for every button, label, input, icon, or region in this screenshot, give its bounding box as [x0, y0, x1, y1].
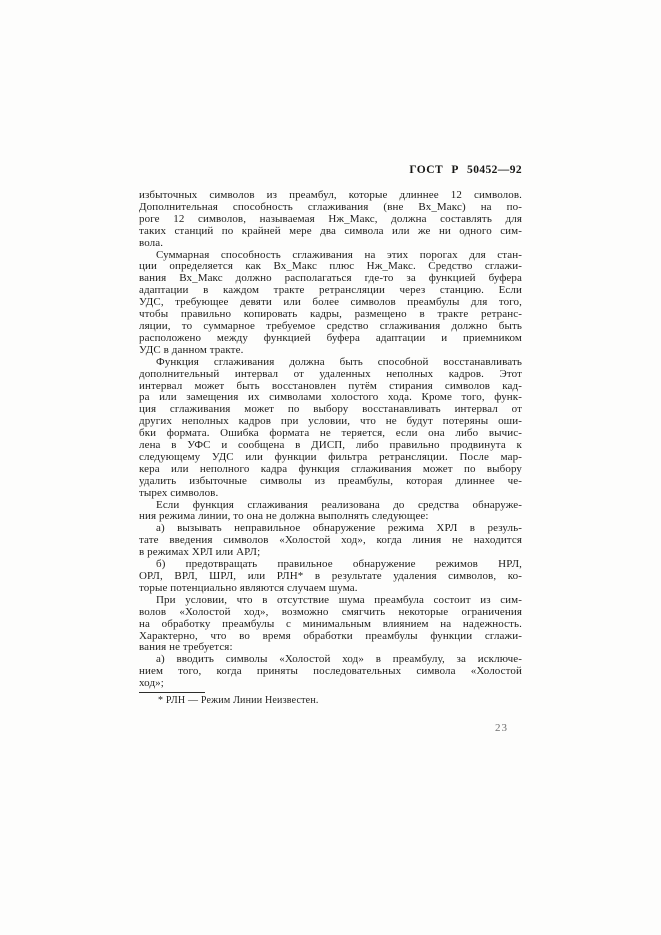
text-line: Функция сглаживания должна быть способно… [139, 357, 522, 369]
text-line: нием того, когда приняты последовательны… [139, 666, 522, 678]
text-line: расположено между функцией буфера адапта… [139, 333, 522, 345]
document-text: избыточных символов из преамбул, которые… [139, 190, 522, 690]
gost-header-code: ГОСТ Р 50452—92 [139, 164, 522, 176]
text-line: на обработку преамбулы с минимальным вли… [139, 619, 522, 631]
footnote-rule [139, 692, 205, 693]
text-line: ход»; [139, 678, 522, 690]
text-line: вола. [139, 238, 522, 250]
text-line: волов «Холостой ход», возможно смягчить … [139, 607, 522, 619]
text-line: УДС в данном тракте. [139, 345, 522, 357]
text-line: кера или неполного кадра функция сглажив… [139, 464, 522, 476]
text-line: таких станций по крайней мере два символ… [139, 226, 522, 238]
footnote-text: * РЛН — Режим Линии Неизвестен. [139, 695, 522, 706]
footnote: * РЛН — Режим Линии Неизвестен. [139, 692, 522, 706]
text-line: тырех символов. [139, 488, 522, 500]
text-line: При условии, что в отсутствие шума преам… [139, 595, 522, 607]
text-line: роге 12 символов, называемая Нж_Макс, до… [139, 214, 522, 226]
text-line: удалить избыточные символы из преамбулы,… [139, 476, 522, 488]
page-number: 23 [139, 722, 508, 734]
page-sheet: ГОСТ Р 50452—92 избыточных символов из п… [0, 0, 661, 935]
text-line: дополнительный интервал от удаленных неп… [139, 369, 522, 381]
